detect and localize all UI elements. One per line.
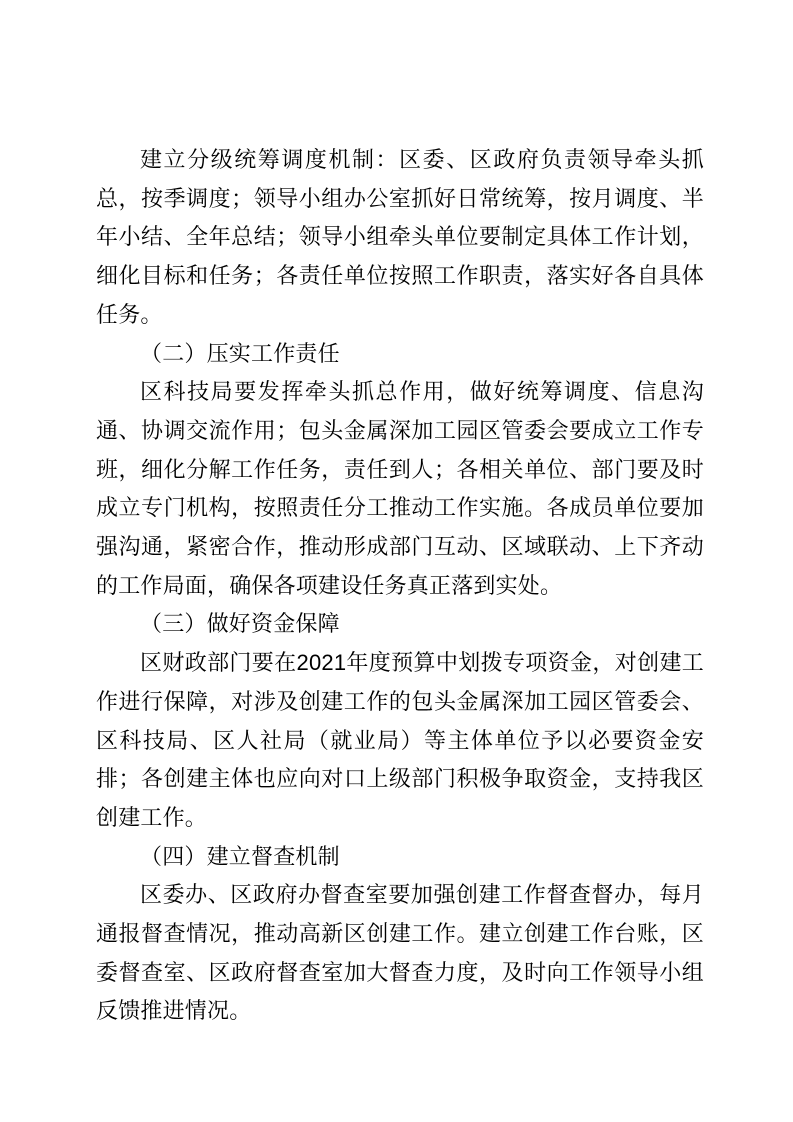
paragraph-scheduling-mechanism: 建立分级统筹调度机制：区委、区政府负责领导牵头抓总，按季调度；领导小组办公室抓好… [96,141,704,335]
paragraph-funding-guarantee: 区财政部门要在2021年度预算中划拨专项资金，对创建工作进行保障，对涉及创建工作… [96,644,704,838]
heading-section-2-work-responsibility: （二）压实工作责任 [96,335,704,374]
heading-section-3-funding-guarantee: （三）做好资金保障 [96,605,704,644]
heading-section-4-supervision-mechanism: （四）建立督查机制 [96,838,704,877]
paragraph-supervision-mechanism: 区委办、区政府办督查室要加强创建工作督查督办，每月通报督查情况，推动高新区创建工… [96,876,704,1031]
document-content: 建立分级统筹调度机制：区委、区政府负责领导牵头抓总，按季调度；领导小组办公室抓好… [96,141,704,1031]
paragraph-work-responsibility: 区科技局要发挥牵头抓总作用，做好统筹调度、信息沟通、协调交流作用；包头金属深加工… [96,373,704,605]
document-page: 建立分级统筹调度机制：区委、区政府负责领导牵头抓总，按季调度；领导小组办公室抓好… [0,0,793,1122]
